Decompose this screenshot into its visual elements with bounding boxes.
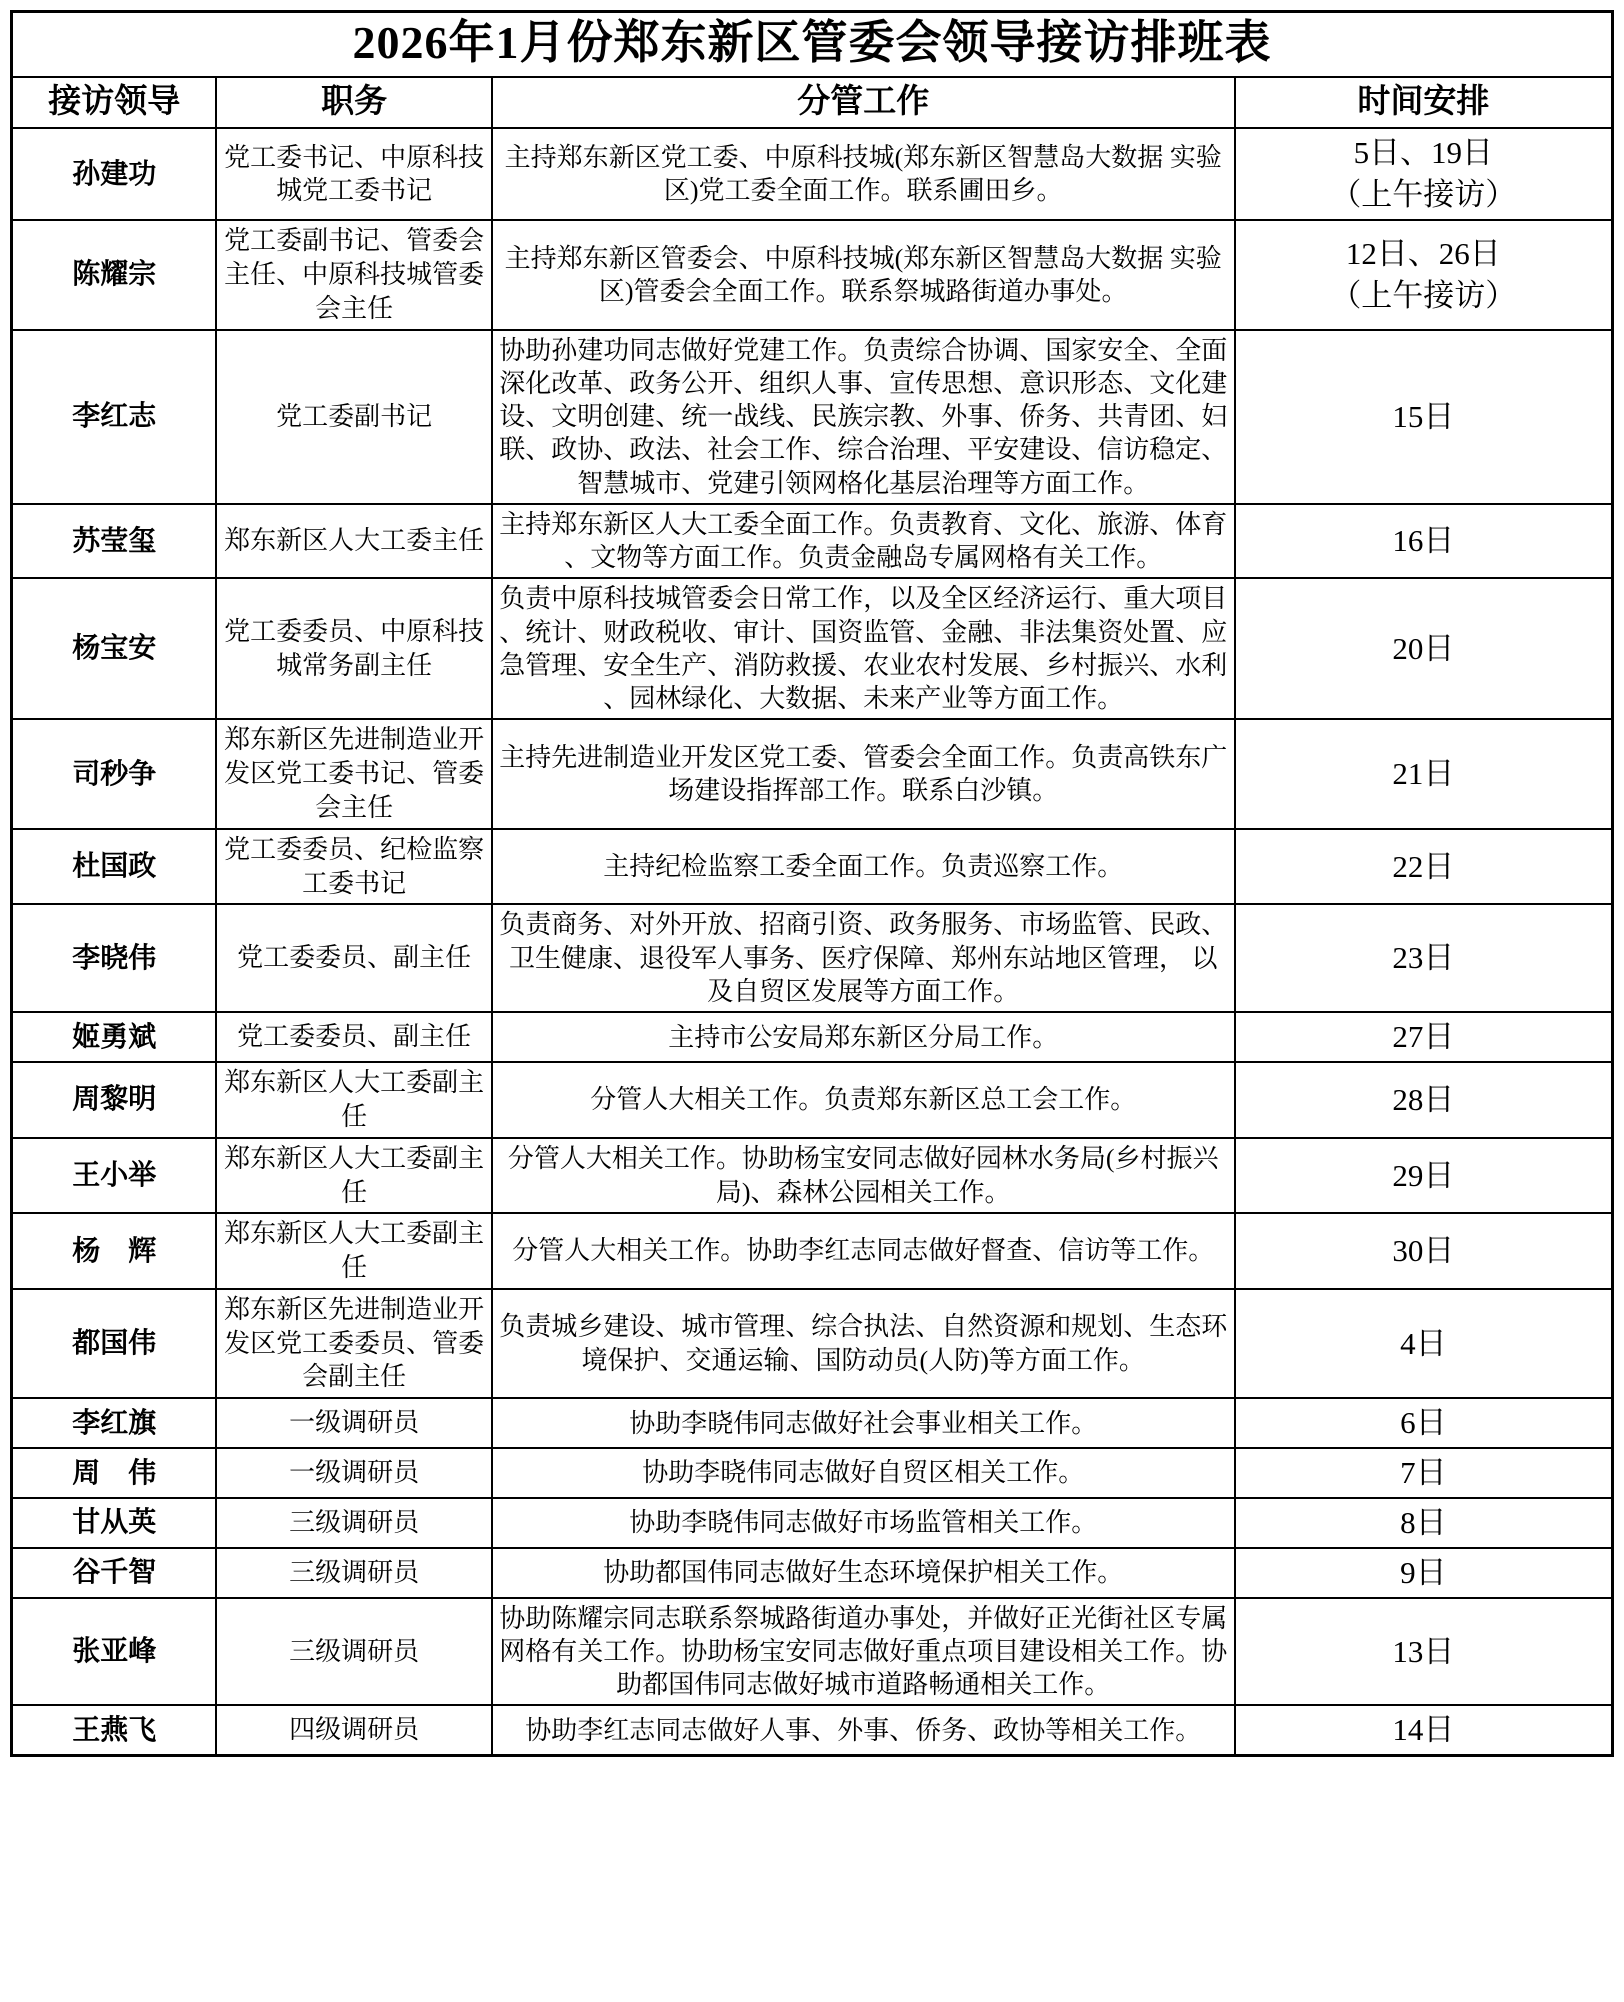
column-header-schedule: 时间安排 [1235,77,1613,129]
leader-name-cell: 周 伟 [12,1448,217,1498]
position-cell: 党工委委员、副主任 [216,1012,491,1062]
leader-name-cell: 都国伟 [12,1289,217,1398]
leader-name-cell: 杨宝安 [12,578,217,719]
duties-cell: 分管人大相关工作。协助杨宝安同志做好园林水务局(乡村振兴局)、森林公园相关工作。 [492,1138,1235,1214]
document-page: 2026年1月份郑东新区管委会领导接访排班表 接访领导 职务 分管工作 时间安排… [0,0,1624,1771]
column-header-leader: 接访领导 [12,77,217,129]
leader-name-cell: 杨 辉 [12,1213,217,1289]
table-row: 孙建功 党工委书记、中原科技城党工委书记 主持郑东新区党工委、中原科技城(郑东新… [12,128,1613,220]
table-row: 王小举 郑东新区人大工委副主任 分管人大相关工作。协助杨宝安同志做好园林水务局(… [12,1138,1613,1214]
leader-name-cell: 李红志 [12,330,217,504]
duties-cell: 负责城乡建设、城市管理、综合执法、自然资源和规划、生态环境保护、交通运输、国防动… [492,1289,1235,1398]
leader-name-cell: 甘从英 [12,1498,217,1548]
schedule-cell: 5日、19日 （上午接访） [1235,128,1613,220]
duties-cell: 协助李红志同志做好人事、外事、侨务、政协等相关工作。 [492,1705,1235,1755]
position-cell: 郑东新区人大工委副主任 [216,1062,491,1138]
duties-cell: 分管人大相关工作。协助李红志同志做好督查、信访等工作。 [492,1213,1235,1289]
position-cell: 一级调研员 [216,1398,491,1448]
position-cell: 郑东新区人大工委副主任 [216,1213,491,1289]
leader-name-cell: 张亚峰 [12,1598,217,1706]
leader-name-cell: 李红旗 [12,1398,217,1448]
leader-name-cell: 司秒争 [12,719,217,828]
schedule-cell: 20日 [1235,578,1613,719]
table-row: 杨 辉 郑东新区人大工委副主任 分管人大相关工作。协助李红志同志做好督查、信访等… [12,1213,1613,1289]
table-row: 周黎明 郑东新区人大工委副主任 分管人大相关工作。负责郑东新区总工会工作。 28… [12,1062,1613,1138]
table-row: 杨宝安 党工委委员、中原科技城常务副主任 负责中原科技城管委会日常工作，以及全区… [12,578,1613,719]
duties-cell: 协助李晓伟同志做好自贸区相关工作。 [492,1448,1235,1498]
leader-name-cell: 姬勇斌 [12,1012,217,1062]
position-cell: 党工委委员、副主任 [216,904,491,1012]
schedule-cell: 16日 [1235,504,1613,579]
table-row: 李红旗 一级调研员 协助李晓伟同志做好社会事业相关工作。 6日 [12,1398,1613,1448]
position-cell: 党工委委员、纪检监察工委书记 [216,829,491,905]
duties-cell: 协助陈耀宗同志联系祭城路街道办事处，并做好正光街社区专属网格有关工作。协助杨宝安… [492,1598,1235,1706]
duty-roster-table: 2026年1月份郑东新区管委会领导接访排班表 接访领导 职务 分管工作 时间安排… [10,10,1614,1757]
schedule-cell: 8日 [1235,1498,1613,1548]
schedule-cell: 28日 [1235,1062,1613,1138]
table-row: 李晓伟 党工委委员、副主任 负责商务、对外开放、招商引资、政务服务、市场监管、民… [12,904,1613,1012]
table-row: 司秒争 郑东新区先进制造业开发区党工委书记、管委会主任 主持先进制造业开发区党工… [12,719,1613,828]
duties-cell: 主持纪检监察工委全面工作。负责巡察工作。 [492,829,1235,905]
schedule-cell: 4日 [1235,1289,1613,1398]
duties-cell: 主持先进制造业开发区党工委、管委会全面工作。负责高铁东广场建设指挥部工作。联系白… [492,719,1235,828]
header-row: 接访领导 职务 分管工作 时间安排 [12,77,1613,129]
schedule-cell: 9日 [1235,1548,1613,1598]
page-title: 2026年1月份郑东新区管委会领导接访排班表 [12,12,1613,77]
leader-name-cell: 谷千智 [12,1548,217,1598]
position-cell: 三级调研员 [216,1548,491,1598]
position-cell: 一级调研员 [216,1448,491,1498]
table-row: 甘从英 三级调研员 协助李晓伟同志做好市场监管相关工作。 8日 [12,1498,1613,1548]
table-row: 杜国政 党工委委员、纪检监察工委书记 主持纪检监察工委全面工作。负责巡察工作。 … [12,829,1613,905]
table-row: 王燕飞 四级调研员 协助李红志同志做好人事、外事、侨务、政协等相关工作。 14日 [12,1705,1613,1755]
duties-cell: 主持郑东新区党工委、中原科技城(郑东新区智慧岛大数据 实验区)党工委全面工作。联… [492,128,1235,220]
leader-name-cell: 李晓伟 [12,904,217,1012]
schedule-cell: 7日 [1235,1448,1613,1498]
duties-cell: 协助都国伟同志做好生态环境保护相关工作。 [492,1548,1235,1598]
position-cell: 郑东新区人大工委副主任 [216,1138,491,1214]
leader-name-cell: 周黎明 [12,1062,217,1138]
duties-cell: 主持郑东新区管委会、中原科技城(郑东新区智慧岛大数据 实验区)管委会全面工作。联… [492,220,1235,329]
title-row: 2026年1月份郑东新区管委会领导接访排班表 [12,12,1613,77]
table-row: 陈耀宗 党工委副书记、管委会主任、中原科技城管委会主任 主持郑东新区管委会、中原… [12,220,1613,329]
table-row: 苏莹玺 郑东新区人大工委主任 主持郑东新区人大工委全面工作。负责教育、文化、旅游… [12,504,1613,579]
table-row: 李红志 党工委副书记 协助孙建功同志做好党建工作。负责综合协调、国家安全、全面深… [12,330,1613,504]
schedule-cell: 14日 [1235,1705,1613,1755]
leader-name-cell: 孙建功 [12,128,217,220]
schedule-cell: 6日 [1235,1398,1613,1448]
table-row: 都国伟 郑东新区先进制造业开发区党工委委员、管委会副主任 负责城乡建设、城市管理… [12,1289,1613,1398]
duties-cell: 主持郑东新区人大工委全面工作。负责教育、文化、旅游、体育、文物等方面工作。负责金… [492,504,1235,579]
duties-cell: 负责商务、对外开放、招商引资、政务服务、市场监管、民政、卫生健康、退役军人事务、… [492,904,1235,1012]
duties-cell: 负责中原科技城管委会日常工作，以及全区经济运行、重大项目、统计、财政税收、审计、… [492,578,1235,719]
schedule-cell: 22日 [1235,829,1613,905]
leader-name-cell: 陈耀宗 [12,220,217,329]
schedule-cell: 13日 [1235,1598,1613,1706]
duties-cell: 主持市公安局郑东新区分局工作。 [492,1012,1235,1062]
leader-name-cell: 杜国政 [12,829,217,905]
schedule-cell: 21日 [1235,719,1613,828]
leader-name-cell: 王燕飞 [12,1705,217,1755]
position-cell: 党工委委员、中原科技城常务副主任 [216,578,491,719]
position-cell: 三级调研员 [216,1598,491,1706]
column-header-position: 职务 [216,77,491,129]
duties-cell: 分管人大相关工作。负责郑东新区总工会工作。 [492,1062,1235,1138]
schedule-cell: 27日 [1235,1012,1613,1062]
leader-name-cell: 苏莹玺 [12,504,217,579]
schedule-cell: 23日 [1235,904,1613,1012]
duties-cell: 协助孙建功同志做好党建工作。负责综合协调、国家安全、全面深化改革、政务公开、组织… [492,330,1235,504]
table-row: 张亚峰 三级调研员 协助陈耀宗同志联系祭城路街道办事处，并做好正光街社区专属网格… [12,1598,1613,1706]
position-cell: 党工委副书记 [216,330,491,504]
position-cell: 四级调研员 [216,1705,491,1755]
schedule-cell: 30日 [1235,1213,1613,1289]
schedule-cell: 15日 [1235,330,1613,504]
schedule-cell: 29日 [1235,1138,1613,1214]
leader-name-cell: 王小举 [12,1138,217,1214]
table-row: 谷千智 三级调研员 协助都国伟同志做好生态环境保护相关工作。 9日 [12,1548,1613,1598]
position-cell: 党工委书记、中原科技城党工委书记 [216,128,491,220]
column-header-duties: 分管工作 [492,77,1235,129]
duties-cell: 协助李晓伟同志做好市场监管相关工作。 [492,1498,1235,1548]
duties-cell: 协助李晓伟同志做好社会事业相关工作。 [492,1398,1235,1448]
position-cell: 郑东新区先进制造业开发区党工委委员、管委会副主任 [216,1289,491,1398]
position-cell: 党工委副书记、管委会主任、中原科技城管委会主任 [216,220,491,329]
table-row: 周 伟 一级调研员 协助李晓伟同志做好自贸区相关工作。 7日 [12,1448,1613,1498]
schedule-cell: 12日、26日 （上午接访） [1235,220,1613,329]
table-row: 姬勇斌 党工委委员、副主任 主持市公安局郑东新区分局工作。 27日 [12,1012,1613,1062]
position-cell: 郑东新区人大工委主任 [216,504,491,579]
position-cell: 郑东新区先进制造业开发区党工委书记、管委会主任 [216,719,491,828]
position-cell: 三级调研员 [216,1498,491,1548]
